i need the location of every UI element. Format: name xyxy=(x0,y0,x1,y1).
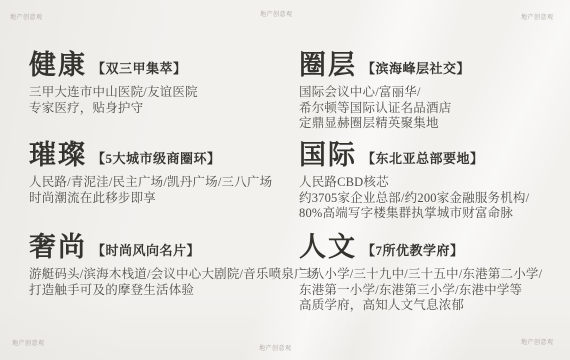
section-heading: 圈层 【滨海峰层社交】 xyxy=(299,52,567,79)
body-line: 三甲大连市中山医院/友谊医院 xyxy=(29,85,297,101)
body-line: 希尔顿等国际认证名品酒店 xyxy=(299,101,567,117)
body-line: 东港第一小学/东港第三小学/东港中学等 xyxy=(299,283,567,299)
watermark-bottom-right: 地产创意观 xyxy=(521,337,554,346)
section-heading: 璀璨 【5大城市级商圈环】 xyxy=(29,142,297,169)
section-tagline: 【滨海峰层社交】 xyxy=(362,58,470,79)
body-line: 人民路CBD核芯 xyxy=(299,175,567,191)
section-luxury: 奢尚 【时尚风向名片】 游艇码头/滨海木栈道/会议中心大剧院/音乐喷泉广场 打造… xyxy=(29,234,297,298)
body-line: 三八小学/三十九中/三十五中/东港第二小学/ xyxy=(299,267,567,283)
section-tagline: 【时尚风向名片】 xyxy=(92,240,200,261)
body-line: 游艇码头/滨海木栈道/会议中心大剧院/音乐喷泉广场 xyxy=(29,267,297,283)
section-health: 健康 【双三甲集萃】 三甲大连市中山医院/友谊医院 专家医疗，贴身护守 xyxy=(29,52,297,116)
section-heading: 国际 【东北亚总部要地】 xyxy=(299,142,567,169)
body-line: 人民路/青泥洼/民主广场/凯丹广场/三八广场 xyxy=(29,175,297,191)
section-heading: 人文 【7所优教学府】 xyxy=(299,234,567,261)
section-title: 人文 xyxy=(299,234,357,261)
body-line: 专家医疗，贴身护守 xyxy=(29,101,297,117)
section-body: 人民路/青泥洼/民主广场/凯丹广场/三八广场 时尚潮流在此移步即享 xyxy=(29,175,297,206)
section-tagline: 【双三甲集萃】 xyxy=(92,58,187,79)
section-humanities: 人文 【7所优教学府】 三八小学/三十九中/三十五中/东港第二小学/ 东港第一小… xyxy=(299,234,567,314)
section-title: 健康 xyxy=(29,52,87,79)
body-line: 定鼎显赫圈层精英聚集地 xyxy=(299,116,567,132)
watermark-bottom-center: 地产创意观 xyxy=(259,343,292,352)
section-body: 人民路CBD核芯 约3705家企业总部/约200家金融服务机构/ 80%高端写字… xyxy=(299,175,567,222)
section-tagline: 【东北亚总部要地】 xyxy=(362,148,484,169)
section-title: 国际 xyxy=(299,142,357,169)
section-body: 国际会议中心/富丽华/ 希尔顿等国际认证名品酒店 定鼎显赫圈层精英聚集地 xyxy=(299,85,567,132)
body-line: 打造触手可及的摩登生活体验 xyxy=(29,283,297,299)
slide: { "watermark": { "text": "地产创意观" }, "the… xyxy=(0,0,570,360)
body-line: 国际会议中心/富丽华/ xyxy=(299,85,567,101)
body-line: 约3705家企业总部/约200家金融服务机构/ xyxy=(299,191,567,207)
section-body: 三八小学/三十九中/三十五中/东港第二小学/ 东港第一小学/东港第三小学/东港中… xyxy=(299,267,567,314)
body-line: 时尚潮流在此移步即享 xyxy=(29,191,297,207)
section-tagline: 【5大城市级商圈环】 xyxy=(92,148,221,169)
watermark-top-center: 地产创意观 xyxy=(260,9,293,18)
section-social-circle: 圈层 【滨海峰层社交】 国际会议中心/富丽华/ 希尔顿等国际认证名品酒店 定鼎显… xyxy=(299,52,567,132)
section-body: 游艇码头/滨海木栈道/会议中心大剧院/音乐喷泉广场 打造触手可及的摩登生活体验 xyxy=(29,267,297,298)
watermark-bottom-left: 地产创意观 xyxy=(12,338,45,347)
watermark-top-left: 地产创意观 xyxy=(10,12,43,21)
section-international: 国际 【东北亚总部要地】 人民路CBD核芯 约3705家企业总部/约200家金融… xyxy=(299,142,567,222)
section-title: 圈层 xyxy=(299,52,357,79)
body-line: 80%高端写字楼集群执掌城市财富命脉 xyxy=(299,206,567,222)
section-title: 璀璨 xyxy=(29,142,87,169)
watermark-top-right: 地产创意观 xyxy=(521,12,554,21)
body-line: 高质学府，高知人文气息浓郁 xyxy=(299,298,567,314)
section-commerce: 璀璨 【5大城市级商圈环】 人民路/青泥洼/民主广场/凯丹广场/三八广场 时尚潮… xyxy=(29,142,297,206)
section-body: 三甲大连市中山医院/友谊医院 专家医疗，贴身护守 xyxy=(29,85,297,116)
section-heading: 奢尚 【时尚风向名片】 xyxy=(29,234,297,261)
section-title: 奢尚 xyxy=(29,234,87,261)
section-tagline: 【7所优教学府】 xyxy=(362,240,464,261)
section-heading: 健康 【双三甲集萃】 xyxy=(29,52,297,79)
